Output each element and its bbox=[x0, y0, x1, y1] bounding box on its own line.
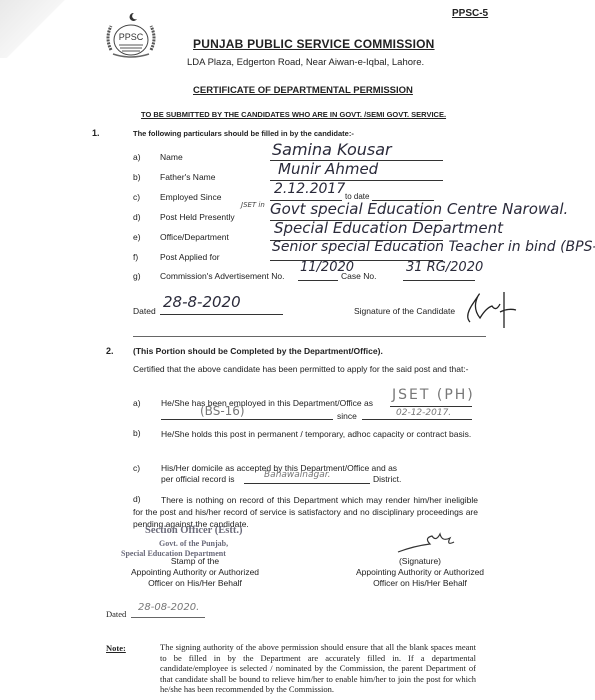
department-dated-label: Dated bbox=[106, 609, 126, 619]
form-code: PPSC-5 bbox=[452, 8, 488, 19]
domicile-underline bbox=[244, 483, 370, 484]
candidate-signature-icon bbox=[462, 288, 522, 330]
item-b-letter: b) bbox=[133, 172, 141, 182]
post-held-label: Post Held Presently bbox=[160, 212, 235, 222]
employed-since-field[interactable]: 2.12.2017 bbox=[274, 181, 345, 197]
employed-as-field[interactable]: JSET (PH) bbox=[392, 387, 475, 403]
signature-caption: (Signature) Appointing Authority or Auth… bbox=[340, 556, 500, 589]
department-dated-underline bbox=[131, 617, 205, 618]
employed-since-label: Employed Since bbox=[160, 192, 221, 202]
post-held-field[interactable]: Govt special Education Centre Narowal. bbox=[270, 200, 568, 218]
case-no-underline bbox=[403, 280, 475, 281]
scale-field[interactable]: (BS-16) bbox=[200, 404, 245, 418]
department-dated-field[interactable]: 28-08-2020. bbox=[138, 602, 199, 613]
post-applied-field[interactable]: Senior special Education Teacher in bind… bbox=[272, 239, 595, 255]
stamp-govt: Govt. of the Punjab, bbox=[159, 539, 228, 548]
candidate-dated-field[interactable]: 28-8-2020 bbox=[163, 293, 241, 311]
case-no-label: Case No. bbox=[341, 271, 376, 281]
post-held-prefix-note: JSET in bbox=[241, 201, 265, 209]
stamp-caption-line-1: Stamp of the bbox=[115, 556, 275, 567]
signature-caption-line-1: (Signature) bbox=[340, 556, 500, 567]
since-field[interactable]: 02-12-2017. bbox=[396, 408, 451, 418]
submission-subtitle: TO BE SUBMITTED BY THE CANDIDATES WHO AR… bbox=[141, 110, 446, 119]
name-field[interactable]: Samina Kousar bbox=[272, 140, 392, 159]
note-label: Note: bbox=[106, 643, 126, 653]
case-no-field[interactable]: 31 RG/2020 bbox=[406, 260, 483, 275]
father-name-label: Father's Name bbox=[160, 172, 215, 182]
candidate-dated-label: Dated bbox=[133, 306, 156, 316]
name-label: Name bbox=[160, 152, 183, 162]
certificate-title: CERTIFICATE OF DEPARTMENTAL PERMISSION bbox=[193, 85, 413, 96]
domicile-district-field[interactable]: Bahawalnagar. bbox=[264, 470, 330, 480]
domicile-record-label: per official record is bbox=[161, 474, 235, 484]
employed-as-underline bbox=[390, 406, 472, 407]
stamp-officer-title: Section Officer (Estt.) bbox=[145, 525, 242, 536]
candidate-dated-underline bbox=[160, 314, 283, 315]
signature-caption-line-3: Officer on His/Her Behalf bbox=[340, 578, 500, 589]
note-text: The signing authority of the above permi… bbox=[160, 642, 476, 695]
s2-item-b-letter: b) bbox=[133, 428, 141, 438]
item-a-letter: a) bbox=[133, 152, 141, 162]
signature-caption-line-2: Appointing Authority or Authorized bbox=[340, 567, 500, 578]
organization-address: LDA Plaza, Edgerton Road, Near Aiwan-e-I… bbox=[187, 57, 424, 68]
scan-corner-shadow bbox=[0, 0, 70, 58]
item-f-letter: f) bbox=[133, 252, 138, 262]
advertisement-underline bbox=[298, 280, 338, 281]
authority-signature-icon bbox=[394, 528, 474, 556]
since-label: since bbox=[337, 411, 357, 421]
section-1-number: 1. bbox=[92, 128, 100, 138]
stamp-caption-line-3: Officer on His/Her Behalf bbox=[115, 578, 275, 589]
section-1-intro: The following particulars should be fill… bbox=[133, 129, 354, 138]
capacity-text: He/She holds this post in permanent / te… bbox=[161, 428, 478, 440]
office-department-field[interactable]: Special Education Department bbox=[274, 219, 503, 237]
item-e-letter: e) bbox=[133, 232, 141, 242]
section-2-number: 2. bbox=[106, 346, 114, 356]
office-department-label: Office/Department bbox=[160, 232, 229, 242]
stamp-caption-line-2: Appointing Authority or Authorized bbox=[115, 567, 275, 578]
item-d-letter: d) bbox=[133, 212, 141, 222]
since-underline bbox=[362, 419, 472, 420]
father-name-field[interactable]: Munir Ahmed bbox=[278, 160, 378, 178]
s2-item-a-letter: a) bbox=[133, 398, 141, 408]
ppsc-logo-icon: PPSC bbox=[103, 10, 159, 60]
candidate-signature-label: Signature of the Candidate bbox=[354, 306, 455, 316]
advertisement-label: Commission's Advertisement No. bbox=[160, 271, 284, 281]
item-g-letter: g) bbox=[133, 271, 141, 281]
post-applied-label: Post Applied for bbox=[160, 252, 220, 262]
employed-as-label: He/She has been employed in this Departm… bbox=[161, 398, 373, 408]
section-2-heading: (This Portion should be Completed by the… bbox=[133, 346, 383, 356]
district-label: District. bbox=[373, 474, 401, 484]
section-divider bbox=[133, 336, 486, 337]
svg-text:PPSC: PPSC bbox=[119, 32, 144, 42]
scale-underline bbox=[161, 419, 333, 420]
s2-item-c-letter: c) bbox=[133, 463, 140, 473]
item-c-letter: c) bbox=[133, 192, 140, 202]
stamp-caption: Stamp of the Appointing Authority or Aut… bbox=[115, 556, 275, 589]
organization-name: PUNJAB PUBLIC SERVICE COMMISSION bbox=[193, 37, 435, 51]
certified-text: Certified that the above candidate has b… bbox=[133, 363, 478, 375]
